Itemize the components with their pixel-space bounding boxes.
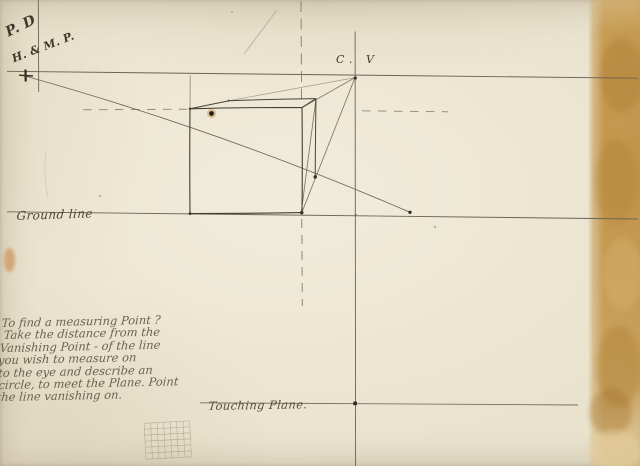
paper-speck	[231, 11, 233, 13]
dashed-centre-line-lower	[302, 219, 303, 306]
grid-sketch-horizontals	[144, 421, 191, 459]
handwritten-note-block: To find a measuring Point ? Take the dis…	[0, 313, 212, 404]
cube-back-top-edge	[229, 99, 316, 101]
cube-top-left-dot	[189, 108, 191, 110]
depth-mark-dot	[408, 211, 411, 214]
cube-back-right-edge	[315, 99, 316, 177]
paper-speck	[434, 226, 436, 228]
paper-speck	[99, 195, 101, 197]
grid-sketch	[144, 421, 191, 459]
cv-point-dot	[354, 76, 357, 79]
dashed-level-line-right	[362, 111, 448, 112]
construction-line-cv-to-back-left	[229, 78, 355, 101]
label-ground-line: Ground line	[16, 206, 93, 223]
label-touching-plane: Touching Plane.	[208, 397, 308, 413]
faint-erased-stroke	[244, 10, 277, 54]
notebook-page: P. D H. & M. P. C. V Ground line Touchin…	[0, 0, 640, 466]
construction-line-cv-to-top-right	[302, 78, 355, 108]
cube-bottom-right-dot	[300, 211, 303, 214]
measuring-line	[25, 76, 410, 212]
cube-bottom-left-dot	[189, 212, 192, 215]
cube-top-right-receding-edge	[302, 99, 316, 108]
cube-front-bottom-edge	[190, 213, 302, 214]
ink-blot	[209, 111, 214, 116]
pencil-smudge	[45, 152, 48, 198]
ground-line-stroke	[7, 212, 638, 219]
touching-plane-dot	[353, 402, 357, 406]
cube-back-top-left-tick	[228, 100, 230, 102]
horizon-line	[7, 71, 638, 78]
ground-crossing-dot	[355, 214, 357, 216]
label-centre-of-vision: C. V	[336, 53, 379, 66]
cube-front-top-edge	[190, 108, 302, 109]
station-vertical-line	[355, 32, 356, 466]
measuring-point-cross-bar	[19, 75, 33, 76]
cube-back-bottom-right-dot	[314, 175, 317, 178]
